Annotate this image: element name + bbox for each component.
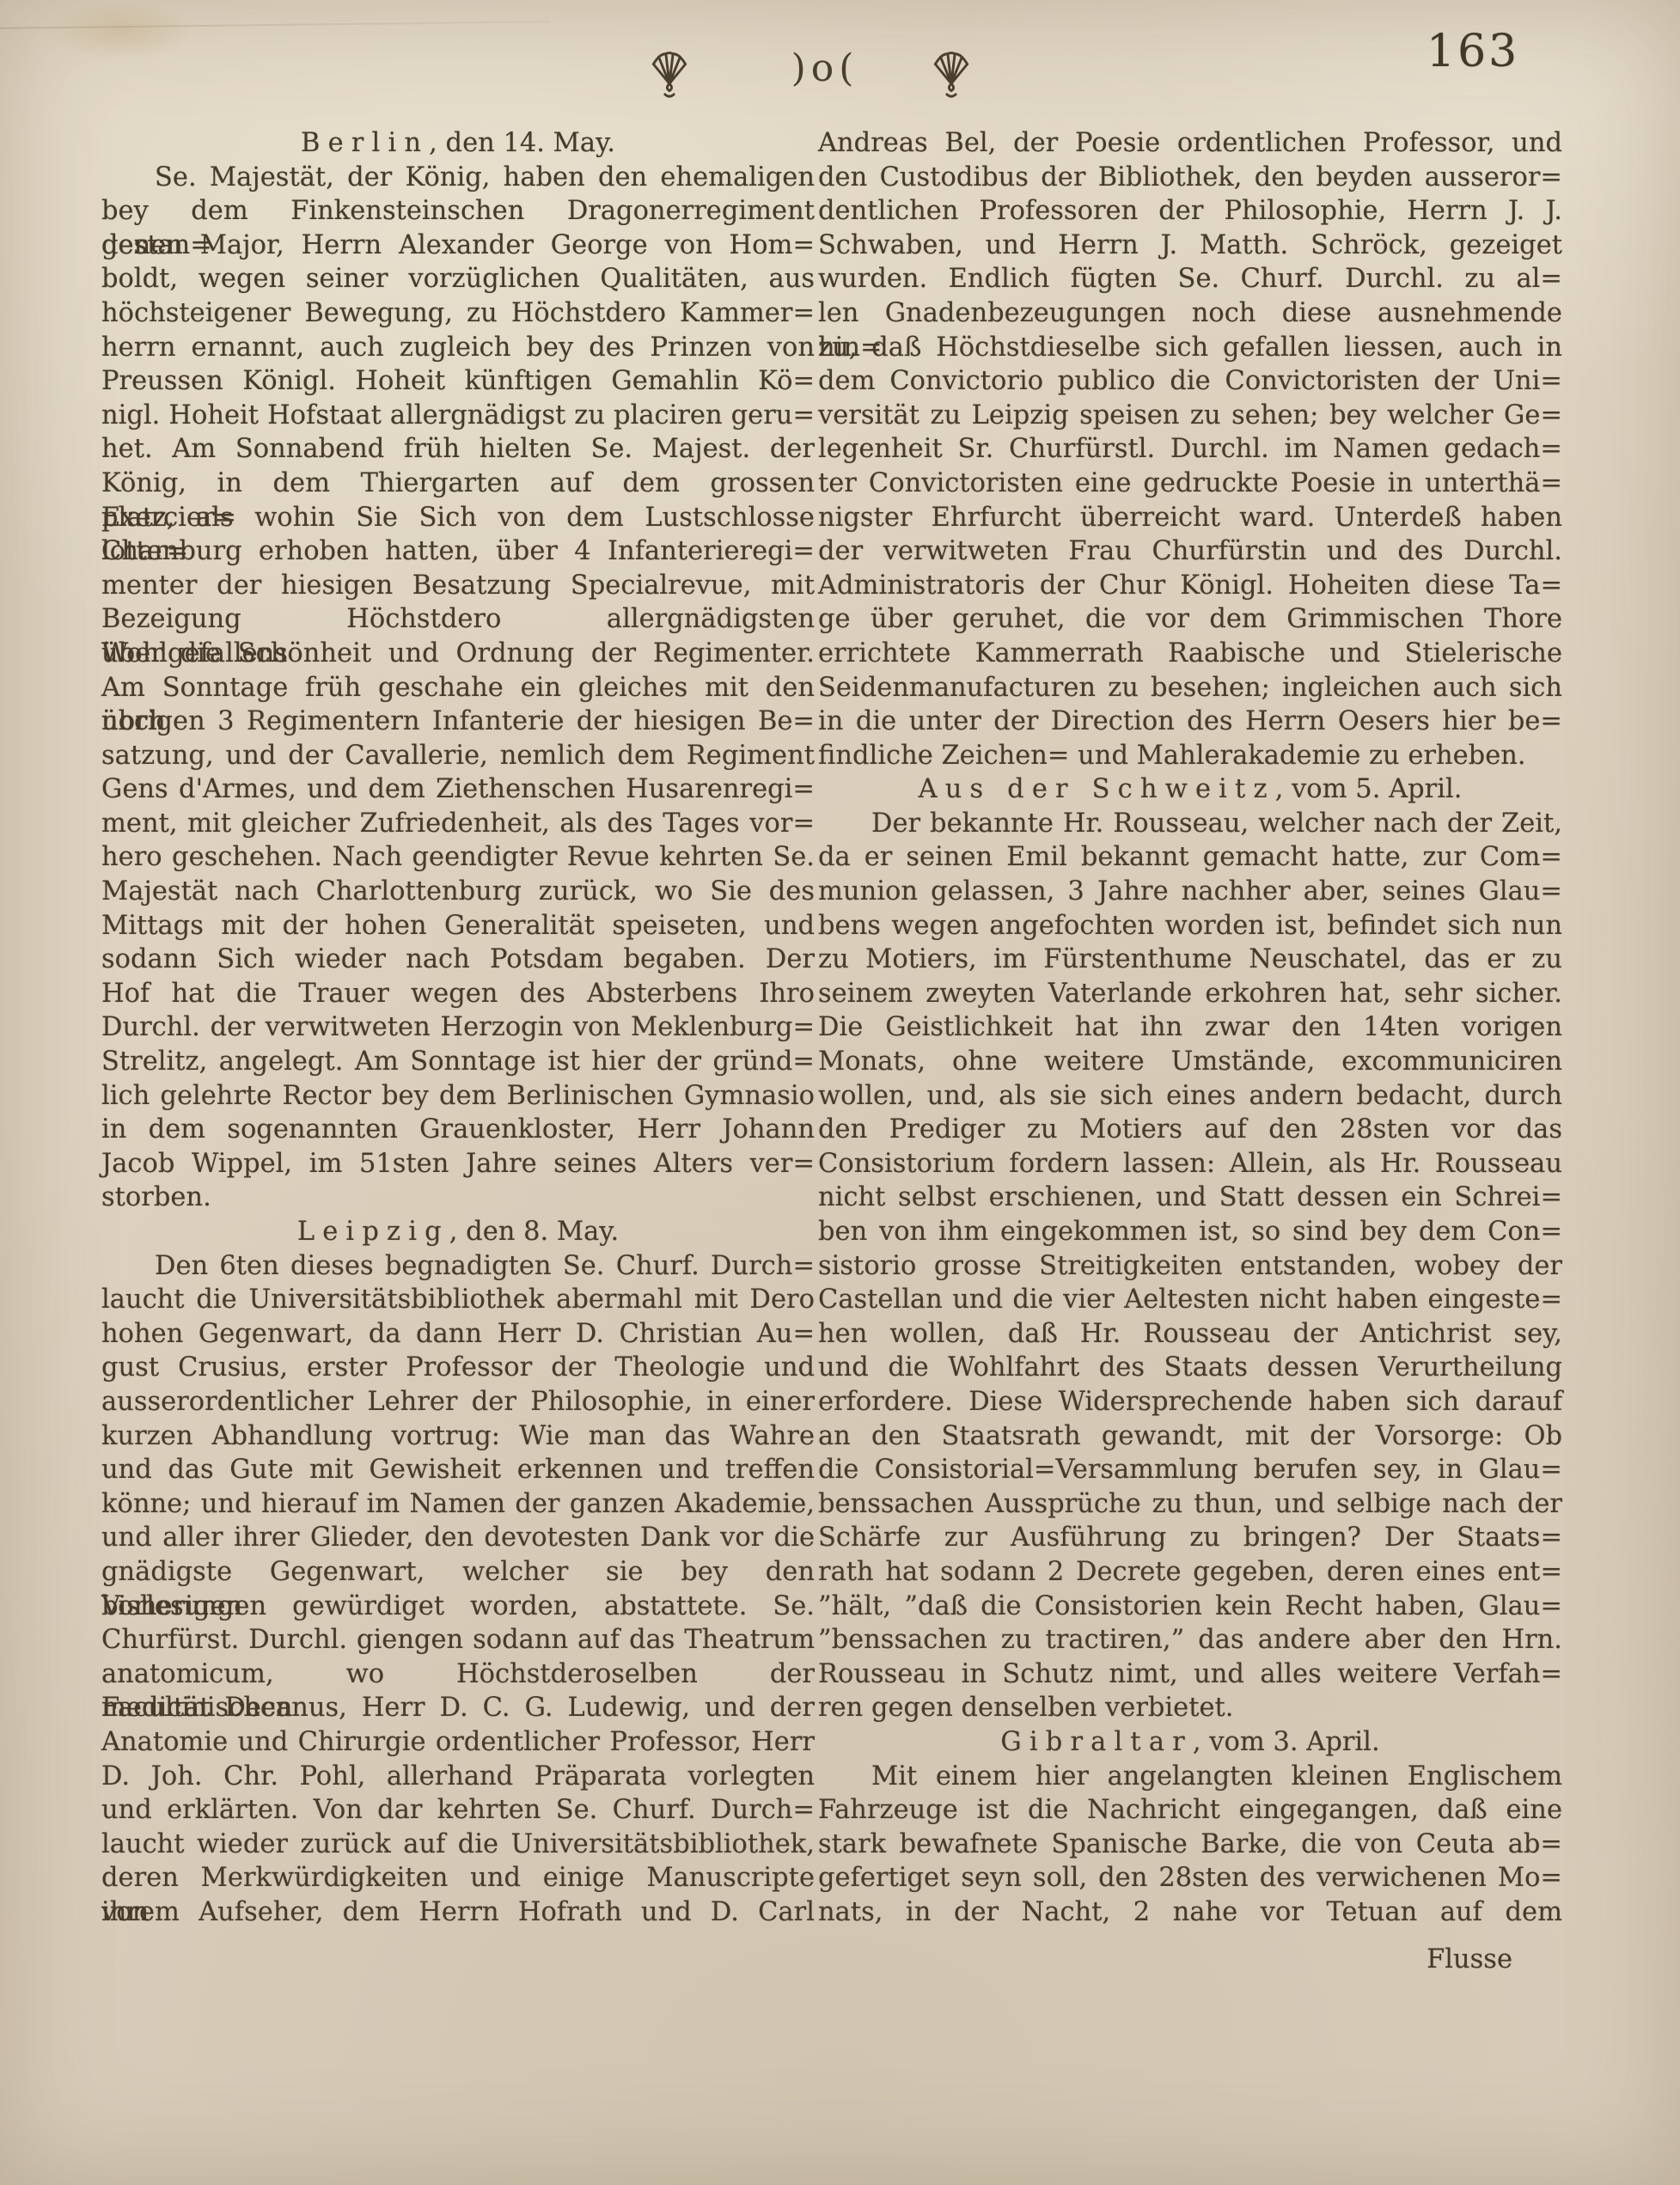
text-line: Bezeigung Höchstdero allergnädigsten Woh…	[101, 602, 815, 637]
text-line: storben.	[101, 1181, 815, 1215]
text-line: seinem zweyten Vaterlande erkohren hat, …	[818, 977, 1562, 1011]
text-line: Andreas Bel, der Poesie ordentlichen Pro…	[818, 126, 1562, 161]
text-line: deren Merkwürdigkeiten und einige Manusc…	[101, 1861, 815, 1895]
heading-date: , den 8. May.	[449, 1217, 619, 1247]
text-line: herrn ernannt, auch zugleich bey des Pri…	[101, 331, 815, 365]
text-line: Hof hat die Trauer wegen des Absterbens …	[101, 977, 815, 1011]
text-line: platz, als wohin Sie Sich von dem Lustsc…	[101, 501, 815, 535]
text-line: laucht wieder zurück auf die Universität…	[101, 1828, 815, 1862]
text-line: über die Schönheit und Ordnung der Regim…	[101, 637, 815, 671]
text-line: dem Convictorio publico die Convictorist…	[818, 364, 1562, 399]
text-line: ren gegen denselben verbietet.	[818, 1691, 1562, 1725]
text-line: lich gelehrte Rector bey dem Berlinische…	[101, 1079, 815, 1114]
text-line: und das Gute mit Gewisheit erkennen und …	[101, 1453, 815, 1487]
text-line: satzung, und der Cavallerie, nemlich dem…	[101, 739, 815, 773]
heading-date: , den 14. May.	[429, 128, 615, 158]
section-heading: Aus der Schweitz, vom 5. April.	[818, 772, 1562, 807]
text-line: den Prediger zu Motiers auf den 28sten v…	[818, 1113, 1562, 1147]
text-line: bey dem Finkensteinschen Dragonerregimen…	[101, 194, 815, 229]
text-line: übrigen 3 Regimentern Infanterie der hie…	[101, 705, 815, 739]
page-number: 163	[1426, 26, 1519, 77]
heading-place: Aus der Schweitz	[919, 774, 1275, 804]
text-line: Churfürst. Durchl. giengen sodann auf da…	[101, 1623, 815, 1657]
text-line: Anatomie und Chirurgie ordentlicher Prof…	[101, 1725, 815, 1760]
text-line: der verwitweten Frau Churfürstin und des…	[818, 534, 1562, 569]
text-line: ment, mit gleicher Zufriedenheit, als de…	[101, 807, 815, 841]
text-line: D. Joh. Chr. Pohl, allerhand Präparata v…	[101, 1760, 815, 1794]
text-line: nigster Ehrfurcht überreicht ward. Unter…	[818, 501, 1562, 535]
text-line: bens wegen angefochten worden ist, befin…	[818, 909, 1562, 943]
text-line: Seidenmanufacturen zu besehen; ingleiche…	[818, 671, 1562, 705]
text-line: sodann Sich wieder nach Potsdam begaben.…	[101, 943, 815, 977]
text-line: Den 6ten dieses begnadigten Se. Churf. D…	[101, 1249, 815, 1284]
text-line: dentlichen Professoren der Philosophie, …	[818, 194, 1562, 229]
text-line: Fahrzeuge ist die Nachricht eingegangen,…	[818, 1793, 1562, 1828]
text-column-left: Berlin, den 14. May.Se. Majestät, der Kö…	[101, 126, 815, 1929]
text-line: het. Am Sonnabend früh hielten Se. Majes…	[101, 432, 815, 467]
text-line: ben von ihm eingekommen ist, so sind bey…	[818, 1215, 1562, 1249]
text-column-right: Andreas Bel, der Poesie ordentlichen Pro…	[818, 126, 1562, 1977]
text-line: hero geschehen. Nach geendigter Revue ke…	[101, 840, 815, 875]
text-line: zu Motiers, im Fürstenthume Neuschatel, …	[818, 943, 1562, 977]
text-line: Consistorium fordern lassen: Allein, als…	[818, 1147, 1562, 1181]
shell-ornament-icon	[646, 48, 693, 100]
text-line: Schärfe zur Ausführung zu bringen? Der S…	[818, 1521, 1562, 1555]
header-signature-mark: )o(	[765, 46, 885, 90]
text-line: laucht die Universitätsbibliothek aberma…	[101, 1283, 815, 1317]
text-line: den Custodibus der Bibliothek, den beyde…	[818, 161, 1562, 195]
text-line: Gens d'Armes, und dem Ziethenschen Husar…	[101, 772, 815, 807]
text-line: ausserordentlicher Lehrer der Philosophi…	[101, 1385, 815, 1419]
newspaper-page: )o( 163 Berlin, den 14. May.Se. Majestät…	[0, 0, 1680, 2185]
text-line: in die unter der Direction des Herrn Oes…	[818, 705, 1562, 739]
text-line: legenheit Sr. Churfürstl. Durchl. im Nam…	[818, 432, 1562, 467]
text-line: rath hat sodann 2 Decrete gegeben, deren…	[818, 1555, 1562, 1590]
text-line: errichtete Kammerrath Raabische und Stie…	[818, 637, 1562, 671]
heading-place: Leipzig	[297, 1217, 449, 1247]
heading-date: , vom 5. April.	[1275, 774, 1463, 804]
text-line: sistorio grosse Streitigkeiten entstande…	[818, 1249, 1562, 1284]
text-line: erfordere. Diese Widersprechende haben s…	[818, 1385, 1562, 1419]
text-line: könne; und hierauf im Namen der ganzen A…	[101, 1487, 815, 1522]
text-line: boldt, wegen seiner vorzüglichen Qualitä…	[101, 262, 815, 296]
heading-place: Gibraltar	[1000, 1727, 1193, 1757]
text-line: Mittags mit der hohen Generalität speise…	[101, 909, 815, 943]
text-line: Administratoris der Chur Königl. Hoheite…	[818, 569, 1562, 603]
text-line: Rousseau in Schutz nimt, und alles weite…	[818, 1657, 1562, 1692]
text-line: ”benssachen zu tractiren,” das andere ab…	[818, 1623, 1562, 1657]
text-line: Castellan und die vier Aeltesten nicht h…	[818, 1283, 1562, 1317]
text-line: höchsteigener Bewegung, zu Höchstdero Ka…	[101, 296, 815, 331]
text-line: gefertiget seyn soll, den 28sten des ver…	[818, 1861, 1562, 1895]
text-line: Strelitz, angelegt. Am Sonntage ist hier…	[101, 1045, 815, 1079]
text-line: denen Major, Herrn Alexander George von …	[101, 229, 815, 263]
text-line: Mit einem hier angelangten kleinen Engli…	[818, 1760, 1562, 1794]
catchword: Flusse	[818, 1943, 1562, 1977]
text-line: Majestät nach Charlottenburg zurück, wo …	[101, 875, 815, 909]
text-line: nats, in der Nacht, 2 nahe vor Tetuan au…	[818, 1895, 1562, 1930]
text-line: nigl. Hoheit Hofstaat allergnädigst zu p…	[101, 399, 815, 433]
text-line: Die Geistlichkeit hat ihn zwar den 14ten…	[818, 1010, 1562, 1045]
text-line: gust Crusius, erster Professor der Theol…	[101, 1351, 815, 1385]
text-line: Vorlesungen gewürdiget worden, abstattet…	[101, 1590, 815, 1624]
text-line: munion gelassen, 3 Jahre nachher aber, s…	[818, 875, 1562, 909]
text-line: da er seinen Emil bekannt gemacht hatte,…	[818, 840, 1562, 875]
text-line: ter Convictoristen eine gedruckte Poesie…	[818, 467, 1562, 501]
text-line: menter der hiesigen Besatzung Specialrev…	[101, 569, 815, 603]
text-line: lottenburg erhoben hatten, über 4 Infant…	[101, 534, 815, 569]
section-heading: Berlin, den 14. May.	[101, 126, 815, 161]
heading-place: Berlin	[301, 128, 429, 158]
text-line: die Consistorial=Versammlung berufen sey…	[818, 1453, 1562, 1487]
page-header: )o( 163	[0, 0, 1680, 120]
text-line: ”hält, ”daß die Consistorien kein Recht …	[818, 1590, 1562, 1624]
text-line: Am Sonntage früh geschahe ein gleiches m…	[101, 671, 815, 705]
text-line: zu, daß Höchstdieselbe sich gefallen lie…	[818, 331, 1562, 365]
text-line: wurden. Endlich fügten Se. Churf. Durchl…	[818, 262, 1562, 296]
text-line: stark bewafnete Spanische Barke, die von…	[818, 1828, 1562, 1862]
text-line: hen wollen, daß Hr. Rousseau der Antichr…	[818, 1317, 1562, 1352]
heading-date: , vom 3. April.	[1193, 1727, 1380, 1757]
text-line: benssachen Aussprüche zu thun, und selbi…	[818, 1487, 1562, 1522]
text-line: und erklärten. Von dar kehrten Se. Churf…	[101, 1793, 815, 1828]
text-line: len Gnadenbezeugungen noch diese ausnehm…	[818, 296, 1562, 331]
shell-ornament-icon	[928, 48, 974, 100]
text-line: findliche Zeichen= und Mahlerakademie zu…	[818, 739, 1562, 773]
text-line: kurzen Abhandlung vortrug: Wie man das W…	[101, 1419, 815, 1454]
text-line: wollen, und, als sie sich eines andern b…	[818, 1079, 1562, 1114]
text-line: Monats, ohne weitere Umstände, excommuni…	[818, 1045, 1562, 1079]
text-line: ge über geruhet, die vor dem Grimmischen…	[818, 602, 1562, 637]
text-line: ihrem Aufseher, dem Herrn Hofrath und D.…	[101, 1895, 815, 1930]
text-line: Se. Majestät, der König, haben den ehema…	[101, 161, 815, 195]
text-line: gnädigste Gegenwart, welcher sie bey den…	[101, 1555, 815, 1590]
text-line: und aller ihrer Glieder, den devotesten …	[101, 1521, 815, 1555]
section-heading: Gibraltar, vom 3. April.	[818, 1725, 1562, 1760]
text-line: an den Staatsrath gewandt, mit der Vorso…	[818, 1419, 1562, 1454]
text-line: nicht selbst erschienen, und Statt desse…	[818, 1181, 1562, 1215]
text-line: König, in dem Thiergarten auf dem grosse…	[101, 467, 815, 501]
text-line: Facultät Decanus, Herr D. C. G. Ludewig,…	[101, 1691, 815, 1725]
text-line: Schwaben, und Herrn J. Matth. Schröck, g…	[818, 229, 1562, 263]
text-line: hohen Gegenwart, da dann Herr D. Christi…	[101, 1317, 815, 1352]
text-line: und die Wohlfahrt des Staats dessen Veru…	[818, 1351, 1562, 1385]
text-line: anatomicum, wo Höchstderoselben der medi…	[101, 1657, 815, 1692]
text-line: Durchl. der verwitweten Herzogin von Mek…	[101, 1010, 815, 1045]
text-line: Preussen Königl. Hoheit künftigen Gemahl…	[101, 364, 815, 399]
section-heading: Leipzig, den 8. May.	[101, 1215, 815, 1249]
text-line: versität zu Leipzig speisen zu sehen; be…	[818, 399, 1562, 433]
text-line: Jacob Wippel, im 51sten Jahre seines Alt…	[101, 1147, 815, 1181]
text-line: in dem sogenannten Grauenkloster, Herr J…	[101, 1113, 815, 1147]
text-line: Der bekannte Hr. Rousseau, welcher nach …	[818, 807, 1562, 841]
